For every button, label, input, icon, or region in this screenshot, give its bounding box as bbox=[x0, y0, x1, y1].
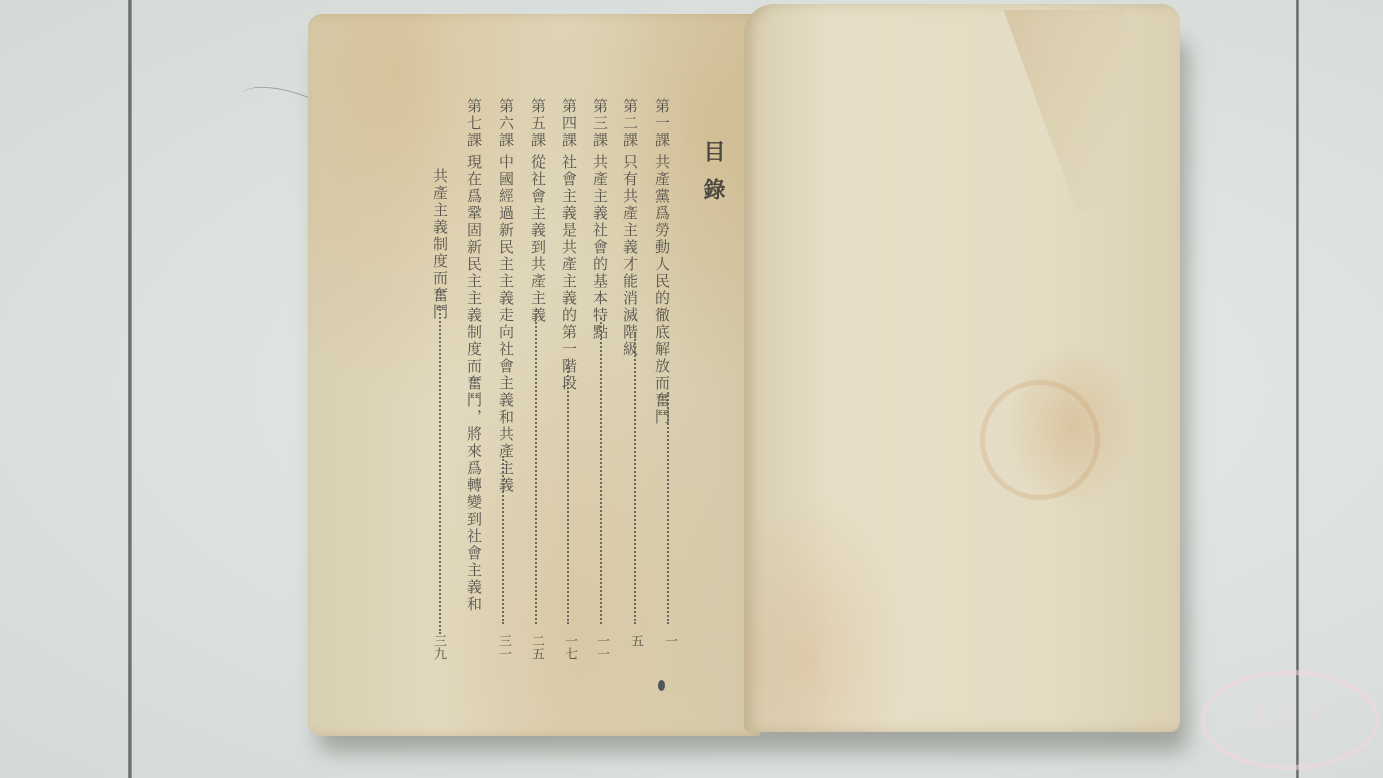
lesson-title: 現在爲鞏固新民主主義制度而奮鬥，將來爲轉變到社會主義和 bbox=[466, 154, 481, 613]
tile-grout-line bbox=[128, 0, 132, 778]
lesson-number: 第五課 bbox=[530, 98, 545, 149]
lesson-number: 第二課 bbox=[622, 98, 637, 149]
leader-dots bbox=[567, 364, 571, 624]
lesson-title-continued: 共產主義制度而奮鬥 bbox=[432, 168, 447, 321]
lesson-title: 社會主義是共產主義的第一階段 bbox=[561, 154, 576, 392]
leader-dots bbox=[667, 392, 671, 624]
leader-dots bbox=[600, 318, 604, 624]
tile-grout-line bbox=[1296, 0, 1299, 778]
page-number: 五 bbox=[626, 634, 645, 647]
toc-entry-title: 中國經過新民主主義走向社會主義和共產主義 bbox=[498, 154, 513, 714]
page-number: 三一 bbox=[494, 634, 513, 660]
lesson-number: 第六課 bbox=[498, 98, 513, 149]
lesson-number: 第四課 bbox=[561, 98, 576, 149]
page-number: 一一 bbox=[592, 634, 611, 660]
leader-dots bbox=[535, 310, 539, 624]
lesson-number: 第一課 bbox=[654, 98, 669, 149]
toc-heading: 目錄 bbox=[698, 140, 729, 216]
lesson-number: 第七課 bbox=[466, 98, 481, 149]
lesson-number: 第三課 bbox=[592, 98, 607, 149]
lesson-title: 中國經過新民主主義走向社會主義和共產主義 bbox=[498, 154, 513, 494]
water-stain bbox=[980, 380, 1100, 500]
leader-dots bbox=[634, 332, 638, 624]
lesson-title: 共產黨爲勞動人民的徹底解放而奮鬥 bbox=[654, 154, 669, 426]
page-number: 三九 bbox=[429, 634, 448, 660]
lesson-title: 從社會主義到共產主義 bbox=[530, 154, 545, 324]
lesson-title: 共產主義社會的基本特點 bbox=[592, 154, 607, 341]
lesson-title: 只有共產主義才能消滅階級 bbox=[622, 154, 637, 358]
page-number: 一 bbox=[660, 634, 679, 647]
leader-dots bbox=[502, 456, 506, 624]
watermark-text: 孔夫子 bbox=[1250, 700, 1328, 729]
leader-dots bbox=[439, 306, 443, 634]
toc-entry-title: 現在爲鞏固新民主主義制度而奮鬥，將來爲轉變到社會主義和 bbox=[466, 154, 481, 714]
page-number: 一七 bbox=[560, 634, 579, 660]
page-number: 二五 bbox=[527, 634, 546, 660]
